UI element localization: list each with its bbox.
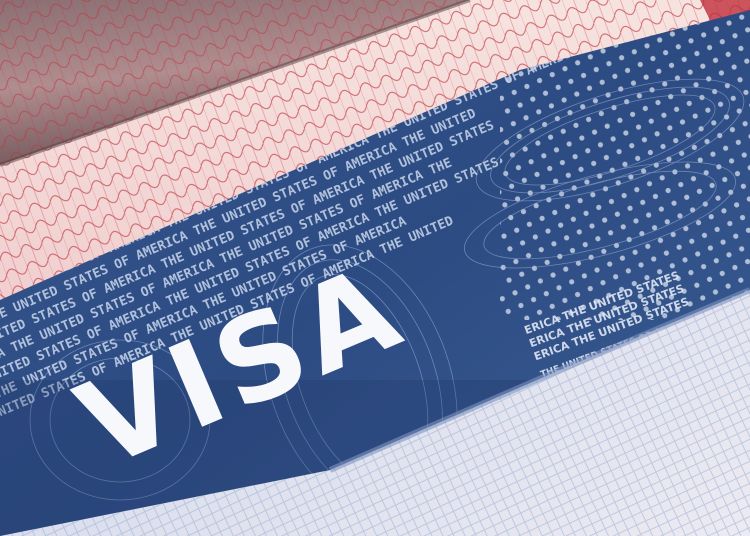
visa-illustration: THE UNITED STATES OF AMERICA THE UNITED … (0, 0, 750, 536)
visa-photo: THE UNITED STATES OF AMERICA THE UNITED … (0, 0, 750, 536)
